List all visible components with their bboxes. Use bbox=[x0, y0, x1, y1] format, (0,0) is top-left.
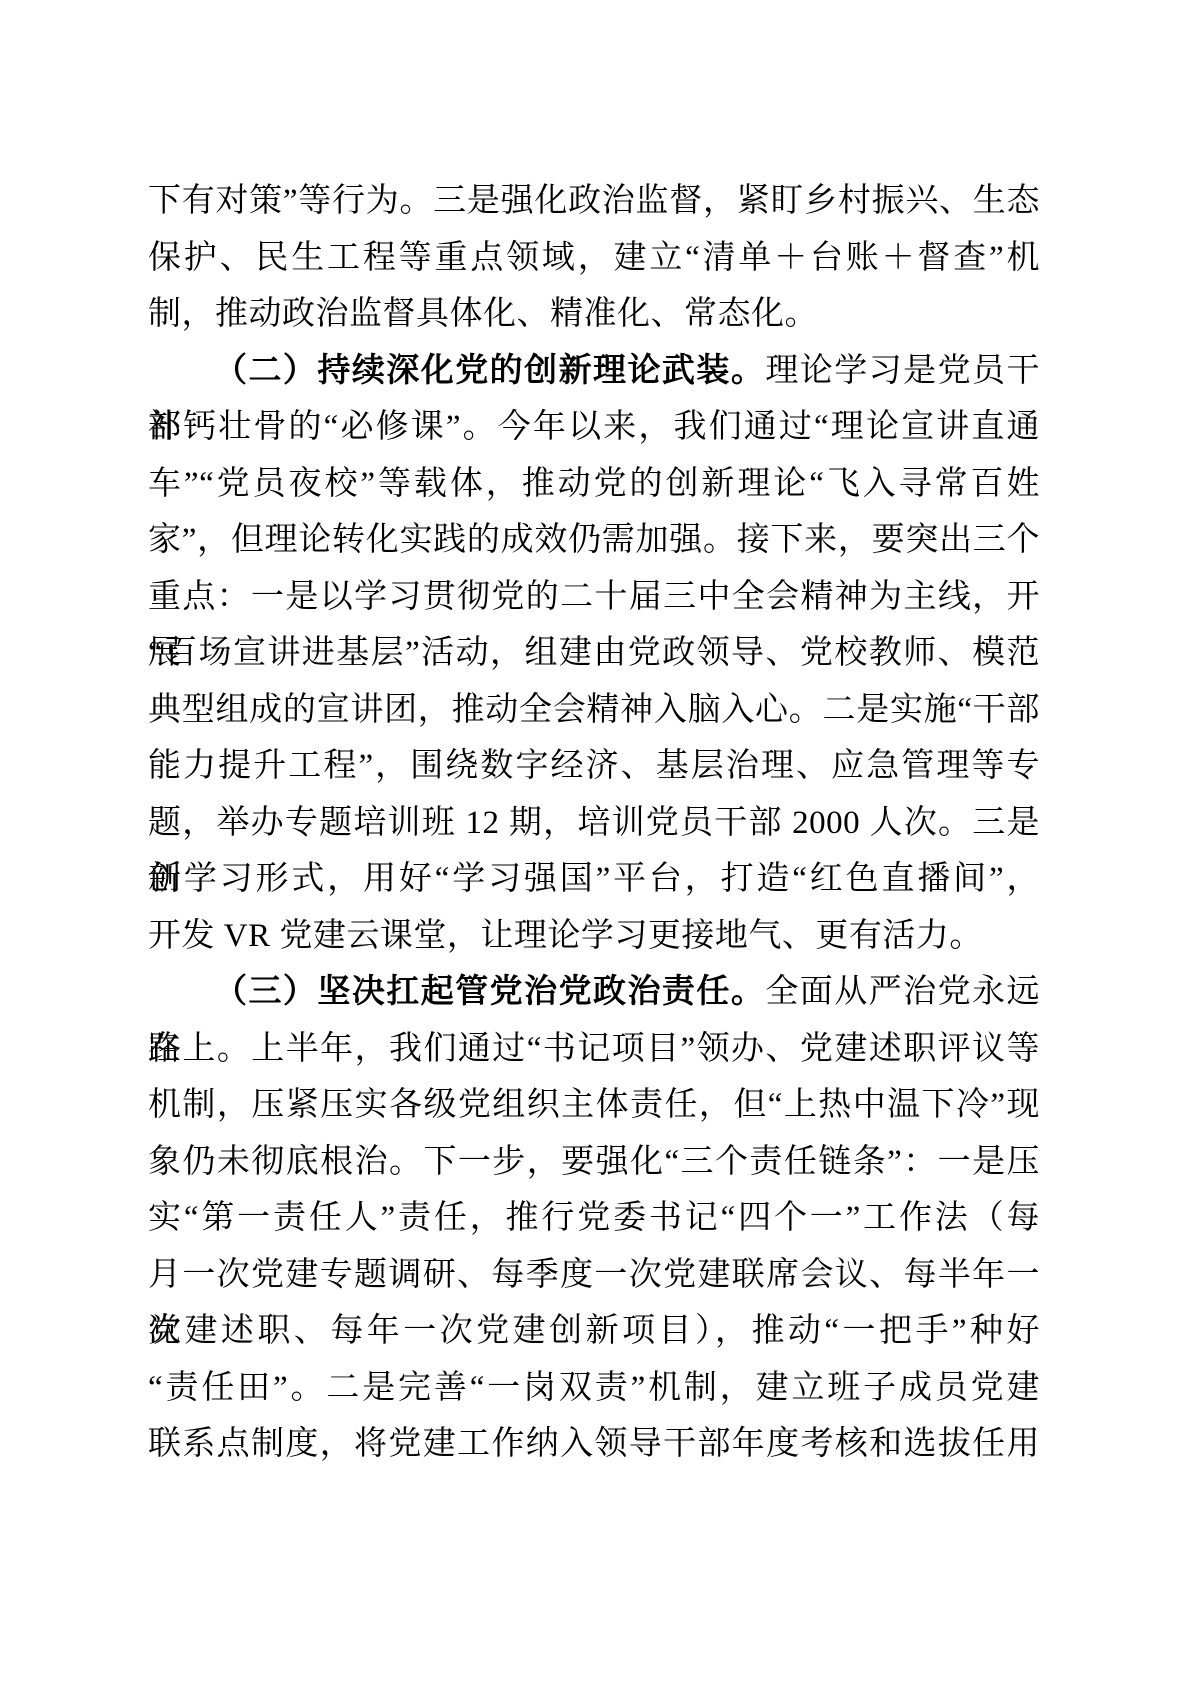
text-line: 下有对策”等行为。三是强化政治监督，紧盯乡村振兴、生态 bbox=[148, 173, 1040, 230]
text-line: 题，举办专题培训班 12 期，培训党员干部 2000 人次。三是创 bbox=[148, 795, 1040, 852]
text-segment: “责任田”。二是完善“一岗双责”机制，建立班子成员党建 bbox=[148, 1370, 1040, 1406]
document-page: 下有对策”等行为。三是强化政治监督，紧盯乡村振兴、生态保护、民生工程等重点领域，… bbox=[0, 0, 1190, 1683]
text-line: 机制，压紧压实各级党组织主体责任，但“上热中温下冷”现 bbox=[148, 1077, 1040, 1134]
text-segment: 家”，但理论转化实践的成效仍需加强。接下来，要突出三个 bbox=[148, 522, 1040, 558]
paragraph-heading-segment: （二）持续深化党的创新理论武装。 bbox=[214, 353, 765, 389]
text-line: “责任田”。二是完善“一岗双责”机制，建立班子成员党建 bbox=[148, 1360, 1040, 1417]
text-line: 象仍未彻底根治。下一步，要强化“三个责任链条”：一是压 bbox=[148, 1134, 1040, 1191]
text-line: 典型组成的宣讲团，推动全会精神入脑入心。二是实施“干部 bbox=[148, 682, 1040, 739]
text-line: 能力提升工程”，围绕数字经济、基层治理、应急管理等专 bbox=[148, 738, 1040, 795]
text-segment: 补钙壮骨的“必修课”。今年以来，我们通过“理论宣讲直通 bbox=[148, 409, 1040, 445]
text-line: 开发 VR 党建云课堂，让理论学习更接地气、更有活力。 bbox=[148, 908, 1040, 965]
document-body: 下有对策”等行为。三是强化政治监督，紧盯乡村振兴、生态保护、民生工程等重点领域，… bbox=[148, 173, 1040, 1473]
text-segment: 党建述职、每年一次党建创新项目），推动“一把手”种好 bbox=[148, 1313, 1040, 1349]
text-line: 路上。上半年，我们通过“书记项目”领办、党建述职评议等 bbox=[148, 1021, 1040, 1078]
text-segment: 实“第一责任人”责任，推行党委书记“四个一”工作法（每 bbox=[148, 1200, 1040, 1236]
text-segment: 机制，压紧压实各级党组织主体责任，但“上热中温下冷”现 bbox=[148, 1087, 1040, 1123]
text-segment: 车”“党员夜校”等载体，推动党的创新理论“飞入寻常百姓 bbox=[148, 466, 1040, 502]
text-line: “百场宣讲进基层”活动，组建由党政领导、党校教师、模范 bbox=[148, 625, 1040, 682]
text-line: 实“第一责任人”责任，推行党委书记“四个一”工作法（每 bbox=[148, 1190, 1040, 1247]
text-line: 党建述职、每年一次党建创新项目），推动“一把手”种好 bbox=[148, 1303, 1040, 1360]
paragraph: 下有对策”等行为。三是强化政治监督，紧盯乡村振兴、生态保护、民生工程等重点领域，… bbox=[148, 173, 1040, 343]
text-segment: 路上。上半年，我们通过“书记项目”领办、党建述职评议等 bbox=[148, 1031, 1040, 1067]
text-segment: 下有对策”等行为。三是强化政治监督，紧盯乡村振兴、生态 bbox=[148, 183, 1040, 219]
text-segment: “百场宣讲进基层”活动，组建由党政领导、党校教师、模范 bbox=[148, 635, 1040, 671]
text-line: （二）持续深化党的创新理论武装。理论学习是党员干部 bbox=[148, 343, 1040, 400]
text-segment: 保护、民生工程等重点领域，建立“清单＋台账＋督查”机 bbox=[148, 240, 1040, 276]
text-line: 联系点制度，将党建工作纳入领导干部年度考核和选拔任用 bbox=[148, 1416, 1040, 1473]
text-line: 保护、民生工程等重点领域，建立“清单＋台账＋督查”机 bbox=[148, 230, 1040, 287]
paragraph-heading-segment: （三）坚决扛起管党治党政治责任。 bbox=[214, 974, 765, 1010]
text-line: 制，推动政治监督具体化、精准化、常态化。 bbox=[148, 286, 1040, 343]
text-segment: 联系点制度，将党建工作纳入领导干部年度考核和选拔任用 bbox=[148, 1426, 1040, 1462]
text-line: 车”“党员夜校”等载体，推动党的创新理论“飞入寻常百姓 bbox=[148, 456, 1040, 513]
text-line: 家”，但理论转化实践的成效仍需加强。接下来，要突出三个 bbox=[148, 512, 1040, 569]
text-segment: 象仍未彻底根治。下一步，要强化“三个责任链条”：一是压 bbox=[148, 1144, 1040, 1180]
text-line: 月一次党建专题调研、每季度一次党建联席会议、每半年一次 bbox=[148, 1247, 1040, 1304]
text-segment: 制，推动政治监督具体化、精准化、常态化。 bbox=[148, 296, 818, 332]
text-segment: 能力提升工程”，围绕数字经济、基层治理、应急管理等专 bbox=[148, 748, 1040, 784]
text-segment: 开发 VR 党建云课堂，让理论学习更接地气、更有活力。 bbox=[148, 918, 983, 954]
text-line: 重点：一是以学习贯彻党的二十届三中全会精神为主线，开展 bbox=[148, 569, 1040, 626]
text-segment: 典型组成的宣讲团，推动全会精神入脑入心。二是实施“干部 bbox=[148, 692, 1040, 728]
paragraph: （三）坚决扛起管党治党政治责任。全面从严治党永远在路上。上半年，我们通过“书记项… bbox=[148, 964, 1040, 1473]
paragraph: （二）持续深化党的创新理论武装。理论学习是党员干部补钙壮骨的“必修课”。今年以来… bbox=[148, 343, 1040, 965]
text-line: 补钙壮骨的“必修课”。今年以来，我们通过“理论宣讲直通 bbox=[148, 399, 1040, 456]
text-line: 新学习形式，用好“学习强国”平台，打造“红色直播间”， bbox=[148, 851, 1040, 908]
text-segment: 新学习形式，用好“学习强国”平台，打造“红色直播间”， bbox=[148, 861, 1040, 897]
text-line: （三）坚决扛起管党治党政治责任。全面从严治党永远在 bbox=[148, 964, 1040, 1021]
